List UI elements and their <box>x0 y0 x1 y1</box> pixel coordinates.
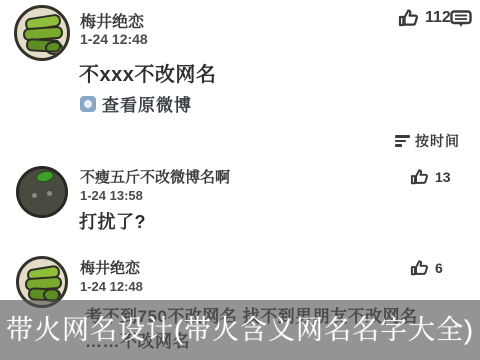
reply-content: 打扰了? <box>79 208 146 234</box>
reply-timestamp: 1-24 13:58 <box>80 188 143 203</box>
sort-by-time-button[interactable]: 按时间 <box>395 131 460 151</box>
main-comment-username[interactable]: 梅井绝恋 <box>80 9 144 32</box>
comment-bubble-icon <box>450 10 472 28</box>
reply-username[interactable]: 梅井绝恋 <box>80 257 140 278</box>
avatar-eye <box>47 191 52 196</box>
avatar[interactable] <box>14 5 70 61</box>
video-caption: 带火网名设计(带火含义网名名字大全) <box>0 308 480 347</box>
reply-username[interactable]: 不瘦五斤不改微博名啊 <box>80 166 230 187</box>
view-original-weibo-link[interactable]: 查看原微博 <box>80 91 192 116</box>
reply-like-count: 13 <box>435 169 451 185</box>
thumbs-up-icon <box>410 168 429 185</box>
main-like-count: 112 <box>425 9 451 27</box>
avatar-scribble <box>45 41 63 55</box>
sort-lines-icon <box>395 135 410 147</box>
main-like-button[interactable]: 112 <box>398 8 451 27</box>
view-original-weibo-label: 查看原微博 <box>102 91 192 116</box>
reply-button[interactable] <box>450 10 472 33</box>
reply-like-button[interactable]: 6 <box>410 259 443 276</box>
weibo-link-icon <box>80 96 96 112</box>
reply-timestamp: 1-24 12:48 <box>80 279 143 294</box>
main-comment-timestamp: 1-24 12:48 <box>80 31 148 47</box>
thumbs-up-icon <box>398 8 419 27</box>
reply-like-count: 6 <box>435 260 443 276</box>
reply-like-button[interactable]: 13 <box>410 168 451 185</box>
comment-detail-page: 梅井绝恋 1-24 12:48 112 不xxx不改网名 查看原微博 按时间 <box>0 0 480 360</box>
avatar-leaf <box>35 169 55 184</box>
sort-by-time-label: 按时间 <box>415 131 460 151</box>
avatar[interactable] <box>16 166 68 218</box>
avatar-eye <box>32 193 37 198</box>
thumbs-up-icon <box>410 259 429 276</box>
main-comment-content: 不xxx不改网名 <box>79 58 216 87</box>
